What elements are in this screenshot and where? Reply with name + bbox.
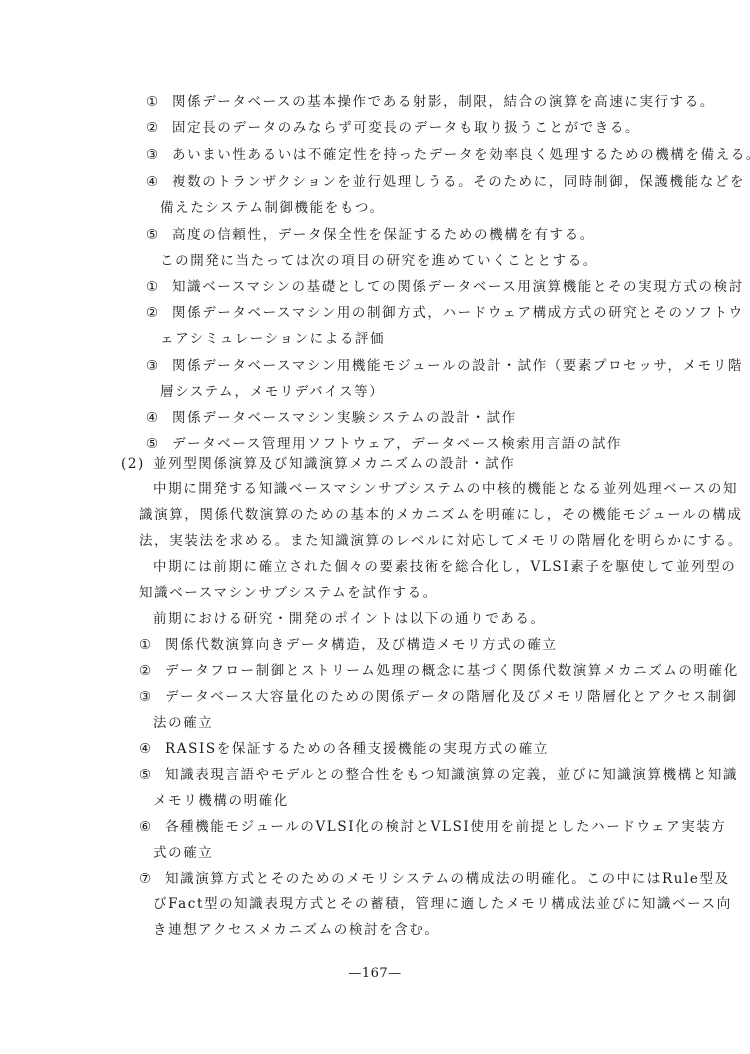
list-item: ①知識ベースマシンの基礎としての関係データベース用演算機能とその実現方式の検討 (146, 278, 744, 296)
continuation-line: びFact型の知識表現方式とその蓄積，管理に適したメモリ構成法並びに知識ベース向 (153, 895, 732, 913)
item-text: 層システム，メモリデバイス等） (160, 384, 384, 400)
list-item: ③データベース大容量化のための関係データの階層化及びメモリ階層化とアクセス制御 (139, 688, 738, 706)
item-number: ③ (146, 146, 172, 164)
heading-text: 並列型関係演算及び知識演算メカニズムの設計・試作 (153, 456, 515, 472)
item-text: 各種機能モジュールのVLSI化の検討とVLSI使用を前提としたハードウェア実装方 (165, 819, 727, 835)
item-text: 識演算，関係代数演算のための基本的メカニズムを明確にし，その機能モジュールの構成 (139, 507, 742, 523)
list-item: ⑤高度の信頼性，データ保全性を保証するための機構を有する。 (146, 226, 595, 244)
list-item: ②関係データベースマシン用の制御方式，ハードウェア構成方式の研究とそのソフトウ (146, 304, 744, 322)
list-item: ④関係データベースマシン実験システムの設計・試作 (146, 409, 517, 427)
item-number: ④ (146, 409, 172, 427)
paragraph-line: 知識ベースマシンサブシステムを試作する。 (139, 584, 438, 602)
item-number: ② (146, 304, 172, 322)
item-number: ② (139, 662, 165, 680)
paragraph-line: 法，実装法を求める。また知識演算のレベルに対応してメモリの階層化を明らかにする。 (139, 532, 743, 550)
item-text: ェアシミュレーションによる評価 (160, 331, 385, 347)
list-item: ⑦知識演算方式とそのためのメモリシステムの構成法の明確化。この中にはRule型及 (139, 870, 730, 888)
section-number: (2) (121, 455, 153, 473)
item-number: ③ (146, 357, 172, 375)
item-text: あいまい性あるいは不確定性を持ったデータを効率良く処理するための機構を備える。 (172, 147, 750, 163)
item-number: ③ (139, 688, 165, 706)
item-number: ⑦ (139, 870, 165, 888)
list-item: ②データフロー制御とストリーム処理の概念に基づく関係代数演算メカニズムの明確化 (139, 662, 739, 680)
item-text: 法の確立 (153, 715, 213, 731)
list-item: ④RASISを保証するための各種支援機能の実現方式の確立 (139, 740, 549, 758)
item-number: ② (146, 119, 172, 137)
list-item: ⑤データベース管理用ソフトウェア，データベース検索用言語の試作 (146, 435, 622, 453)
list-item: ③あいまい性あるいは不確定性を持ったデータを効率良く処理するための機構を備える。 (146, 146, 750, 164)
item-text: 中期に開発する知識ベースマシンサブシステムの中核的機能となる並列処理ベースの知 (153, 481, 738, 497)
list-item: ③関係データベースマシン用機能モジュールの設計・試作（要素プロセッサ，メモリ階 (146, 357, 743, 375)
list-item: ④複数のトランザクションを並行処理しうる。そのために，同時制御，保護機能などを (146, 173, 745, 191)
item-text: 高度の信頼性，データ保全性を保証するための機構を有する。 (172, 227, 595, 243)
continuation-line: ェアシミュレーションによる評価 (160, 330, 385, 348)
continuation-line: き連想アクセスメカニズムの検討を含む。 (153, 921, 440, 939)
item-text: 関係データベースマシン用の制御方式，ハードウェア構成方式の研究とそのソフトウ (172, 305, 744, 321)
item-text: 固定長のデータのみならず可変長のデータも取り扱うことができる。 (172, 120, 640, 136)
item-text: 法，実装法を求める。また知識演算のレベルに対応してメモリの階層化を明らかにする。 (139, 533, 743, 549)
item-text: 知識表現言語やモデルとの整合性をもつ知識演算の定義，並びに知識演算機構と知識 (165, 767, 738, 783)
item-text: この開発に当たっては次の項目の研究を進めていくこととする。 (160, 253, 598, 269)
item-number: ④ (146, 173, 172, 191)
item-text: データフロー制御とストリーム処理の概念に基づく関係代数演算メカニズムの明確化 (165, 663, 739, 679)
item-number: ④ (139, 740, 165, 758)
paragraph-line: 中期には前期に確立された個々の要素技術を総合化し，VLSI素子を駆使して並列型の (153, 558, 736, 576)
continuation-line: 法の確立 (153, 714, 213, 732)
paragraph-line: 前期における研究・開発のポイントは以下の通りである。 (153, 610, 546, 628)
list-item: ①関係データベースの基本操作である射影，制限，結合の演算を高速に実行する。 (146, 93, 715, 111)
list-item: ①関係代数演算向きデータ構造，及び構造メモリ方式の確立 (139, 636, 558, 654)
continuation-line: 備えたシステム制御機能をもつ。 (160, 199, 385, 217)
paragraph-line: 中期に開発する知識ベースマシンサブシステムの中核的機能となる並列処理ベースの知 (153, 480, 738, 498)
list-item: ⑤知識表現言語やモデルとの整合性をもつ知識演算の定義，並びに知識演算機構と知識 (139, 766, 738, 784)
item-number: ⑤ (146, 226, 172, 244)
item-number: ① (146, 278, 172, 296)
section-heading: (2)並列型関係演算及び知識演算メカニズムの設計・試作 (121, 455, 515, 473)
paragraph-line: この開発に当たっては次の項目の研究を進めていくこととする。 (160, 252, 598, 270)
item-text: 中期には前期に確立された個々の要素技術を総合化し，VLSI素子を駆使して並列型の (153, 559, 736, 575)
item-text: RASISを保証するための各種支援機能の実現方式の確立 (165, 741, 549, 757)
item-text: びFact型の知識表現方式とその蓄積，管理に適したメモリ構成法並びに知識ベース向 (153, 896, 732, 912)
page-number: —167— (0, 966, 750, 981)
paragraph-line: 識演算，関係代数演算のための基本的メカニズムを明確にし，その機能モジュールの構成 (139, 506, 742, 524)
item-text: 関係データベースマシン実験システムの設計・試作 (172, 410, 517, 426)
item-number: ⑤ (146, 435, 172, 453)
item-number: ① (139, 636, 165, 654)
item-text: 式の確立 (153, 845, 213, 861)
item-text: 複数のトランザクションを並行処理しうる。そのために，同時制御，保護機能などを (172, 174, 745, 190)
continuation-line: 層システム，メモリデバイス等） (160, 383, 384, 401)
item-number: ① (146, 93, 172, 111)
item-text: データベース大容量化のための関係データの階層化及びメモリ階層化とアクセス制御 (165, 689, 738, 705)
item-text: き連想アクセスメカニズムの検討を含む。 (153, 922, 440, 938)
continuation-line: メモリ機構の明確化 (153, 792, 289, 810)
list-item: ⑥各種機能モジュールのVLSI化の検討とVLSI使用を前提としたハードウェア実装… (139, 818, 727, 836)
item-text: 知識ベースマシンサブシステムを試作する。 (139, 585, 438, 601)
continuation-line: 式の確立 (153, 844, 213, 862)
item-text: 関係データベースの基本操作である射影，制限，結合の演算を高速に実行する。 (172, 94, 715, 110)
item-number: ⑥ (139, 818, 165, 836)
item-number: ⑤ (139, 766, 165, 784)
item-text: 備えたシステム制御機能をもつ。 (160, 200, 385, 216)
list-item: ②固定長のデータのみならず可変長のデータも取り扱うことができる。 (146, 119, 640, 137)
item-text: 知識ベースマシンの基礎としての関係データベース用演算機能とその実現方式の検討 (172, 279, 744, 295)
item-text: 前期における研究・開発のポイントは以下の通りである。 (153, 611, 546, 627)
item-text: 関係データベースマシン用機能モジュールの設計・試作（要素プロセッサ，メモリ階 (172, 358, 743, 374)
item-text: データベース管理用ソフトウェア，データベース検索用言語の試作 (172, 436, 622, 452)
item-text: 関係代数演算向きデータ構造，及び構造メモリ方式の確立 (165, 637, 558, 653)
item-text: メモリ機構の明確化 (153, 793, 289, 809)
item-text: 知識演算方式とそのためのメモリシステムの構成法の明確化。この中にはRule型及 (165, 871, 730, 887)
